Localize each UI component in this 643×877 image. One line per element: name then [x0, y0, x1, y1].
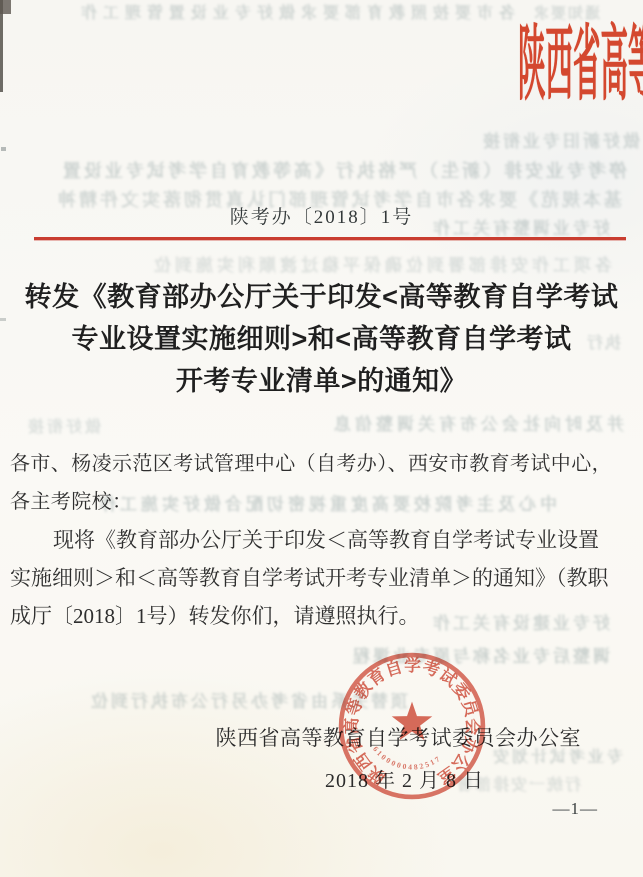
paragraph-line-3: 成厅〔2018〕1号）转发你们，请遵照执行。	[10, 600, 420, 630]
title-line-3: 开考专业清单>的通知》	[0, 360, 643, 402]
bleedthrough-text: 各项工作安排部署到位确保平稳过渡顺利实施到位	[150, 251, 612, 276]
document-title: 转发《教育部办公厅关于印发<高等教育自学考试 专业设置实施细则>和<高等教育自学…	[0, 276, 643, 402]
scan-edge-mark	[0, 0, 11, 14]
official-seal-stamp: 陕西省高等教育自学考试委员会办公室 6100000482517	[336, 650, 488, 802]
salutation-line-1: 各市、杨凌示范区考试管理中心（自考办）、西安市教育考试中心，	[10, 447, 612, 476]
bleedthrough-text: 停考专业安排（新生）严格执行《高等教育自学考试专业设置	[60, 157, 627, 183]
red-divider-rule	[34, 237, 626, 240]
salutation-line-2: 各主考院校：	[10, 485, 132, 514]
title-line-2: 专业设置实施细则>和<高等教育自学考试	[0, 318, 643, 360]
page-number: —1—	[553, 799, 599, 819]
paragraph-line-1: 现将《教育部办公厅关于印发＜高等教育自学考试专业设置	[10, 524, 599, 554]
scan-speck	[1, 147, 6, 151]
title-line-1: 转发《教育部办公厅关于印发<高等教育自学考试	[0, 276, 643, 318]
header-title-text: 陕西省高等教育自学考试委员会办公室文件	[518, 24, 643, 106]
bleedthrough-text: 做好衔接	[25, 414, 101, 437]
document-page: 各市要按照教育部要求做好专业设置管理工作通知要求做好新旧专业衔接停考专业安排（新…	[0, 0, 643, 877]
bleedthrough-text: 各市要按照教育部要求做好专业设置管理工作	[75, 0, 515, 23]
bleedthrough-text: 好专业建设有关工作	[430, 609, 610, 634]
bleedthrough-text: 并及时向社会公布有关调整信息	[330, 410, 624, 435]
paragraph-line-2: 实施细则＞和＜高等教育自学考试开考专业清单＞的通知》（教职	[10, 562, 609, 592]
seal-star-icon	[392, 702, 433, 741]
bleedthrough-text: 中心及主考院校要高度重视密切配合做好实施工作	[95, 490, 557, 515]
document-number: 陕考办〔2018〕1号	[0, 202, 643, 229]
document-header: 陕西省高等教育自学考试委员会办公室文件	[0, 24, 643, 106]
bleedthrough-text: 做好新旧专业衔接	[480, 127, 640, 152]
